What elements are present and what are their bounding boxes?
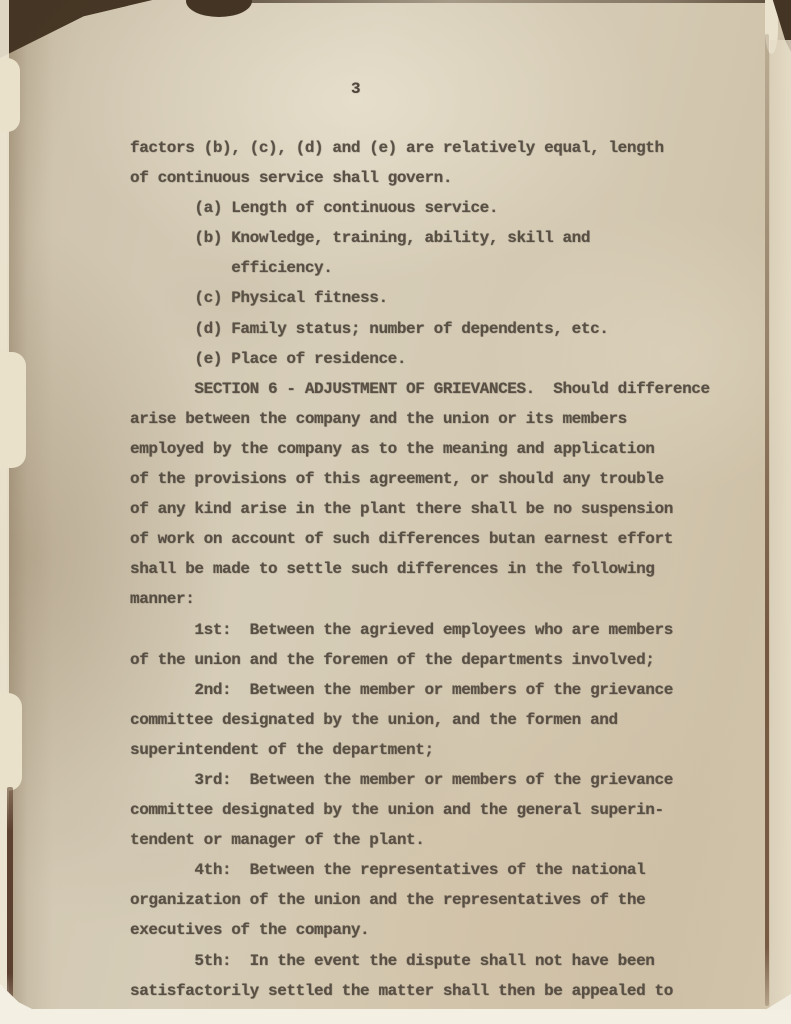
- text-line: efficiency.: [130, 253, 750, 283]
- text-line: of the union and the foremen of the depa…: [130, 645, 750, 675]
- document-text: factors (b), (c), (d) and (e) are relati…: [130, 133, 750, 1006]
- text-line: organization of the union and the repres…: [130, 885, 750, 915]
- binding-edge-strip: [7, 787, 13, 1006]
- page-top-edge: [238, 0, 772, 3]
- text-line: SECTION 6 - ADJUSTMENT OF GRIEVANCES. Sh…: [130, 374, 750, 404]
- text-line: (b) Knowledge, training, ability, skill …: [130, 223, 750, 253]
- text-line: factors (b), (c), (d) and (e) are relati…: [130, 133, 750, 163]
- text-line: superintendent of the department;: [130, 735, 750, 765]
- text-line: executives of the company.: [130, 915, 750, 945]
- text-line: of work on account of such differences b…: [130, 524, 750, 554]
- page-left-shadow: [7, 0, 53, 1009]
- text-line: committee designated by the union and th…: [130, 795, 750, 825]
- tape-tab: [0, 693, 22, 791]
- document-page: 3 factors (b), (c), (d) and (e) are rela…: [0, 0, 791, 1009]
- text-line: 5th: In the event the dispute shall not …: [130, 946, 750, 976]
- text-line: 2nd: Between the member or members of th…: [130, 675, 750, 705]
- scan-edge-right: [770, 40, 791, 1008]
- text-line: manner:: [130, 584, 750, 614]
- text-line: 1st: Between the agrieved employees who …: [130, 615, 750, 645]
- text-line: (c) Physical fitness.: [130, 283, 750, 313]
- text-line: of any kind arise in the plant there sha…: [130, 494, 750, 524]
- text-line: employed by the company as to the meanin…: [130, 434, 750, 464]
- text-line: of the provisions of this agreement, or …: [130, 464, 750, 494]
- text-line: (d) Family status; number of dependents,…: [130, 314, 750, 344]
- text-line: 4th: Between the representatives of the …: [130, 855, 750, 885]
- page-right-edge: [765, 34, 769, 1006]
- text-line: arise between the company and the union …: [130, 404, 750, 434]
- text-line: tendent or manager of the plant.: [130, 825, 750, 855]
- text-line: (a) Length of continuous service.: [130, 193, 750, 223]
- tape-tab: [0, 58, 20, 132]
- text-line: shall be made to settle such differences…: [130, 554, 750, 584]
- text-line: of continuous service shall govern.: [130, 163, 750, 193]
- text-line: (e) Place of residence.: [130, 344, 750, 374]
- text-line: committee designated by the union, and t…: [130, 705, 750, 735]
- tape-tab: [0, 352, 26, 468]
- scan-background: { "document": { "page_number": "3", "lin…: [0, 0, 791, 1024]
- text-line: satisfactorily settled the matter shall …: [130, 976, 750, 1006]
- text-line: 3rd: Between the member or members of th…: [130, 765, 750, 795]
- page-number: 3: [351, 80, 361, 98]
